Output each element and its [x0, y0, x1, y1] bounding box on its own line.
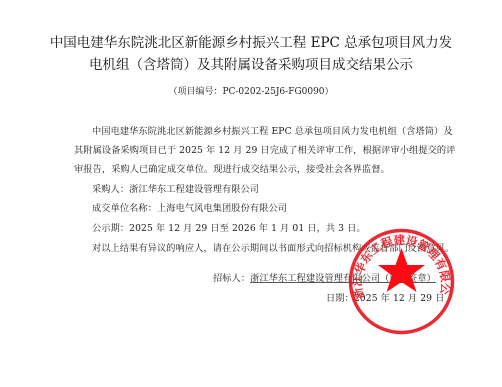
document-title-line2: 电机组（含塔筒）及其附属设备采购项目成交结果公示 — [0, 54, 502, 76]
period-line: 公示期：2025 年 12 月 29 日至 2026 年 1 月 01 日，共 … — [92, 220, 366, 234]
signature-line: 招标人：浙江华东工程建设管理有限公司（电子签章） — [213, 270, 436, 284]
objection-line: 对以上结果有异议的响应人，请在公示期间以书面形式向招标机构或监督部门反馈意见。 — [92, 240, 454, 254]
signature-date: 日期：2025 年 12 月 29 日 — [326, 290, 444, 304]
signature-company: 浙江华东工程建设管理有限公司（电子签章） — [250, 273, 436, 284]
project-number: （项目编号：PC-0202-25J6-FG0090） — [0, 84, 502, 97]
document-title-line1: 中国电建华东院洮北区新能源乡村振兴工程 EPC 总承包项目风力发 — [0, 32, 502, 54]
body-paragraph-line2: 其附属设备采购项目已于 2025 年 12 月 29 日完成了相关评审工作，根据… — [74, 142, 455, 156]
body-paragraph-line3: 审报告，采购人已确定成交单位。现进行成交结果公示，接受社会各界监督。 — [74, 161, 390, 175]
body-paragraph-line1: 中国电建华东院洮北区新能源乡村振兴工程 EPC 总承包项目风力发电机组（含塔筒）… — [92, 123, 453, 137]
purchaser-line: 采购人：浙江华东工程建设管理有限公司 — [92, 181, 259, 195]
signature-label: 招标人： — [213, 273, 250, 284]
winner-line: 成交单位名称：上海电气风电集团股份有限公司 — [92, 200, 287, 214]
